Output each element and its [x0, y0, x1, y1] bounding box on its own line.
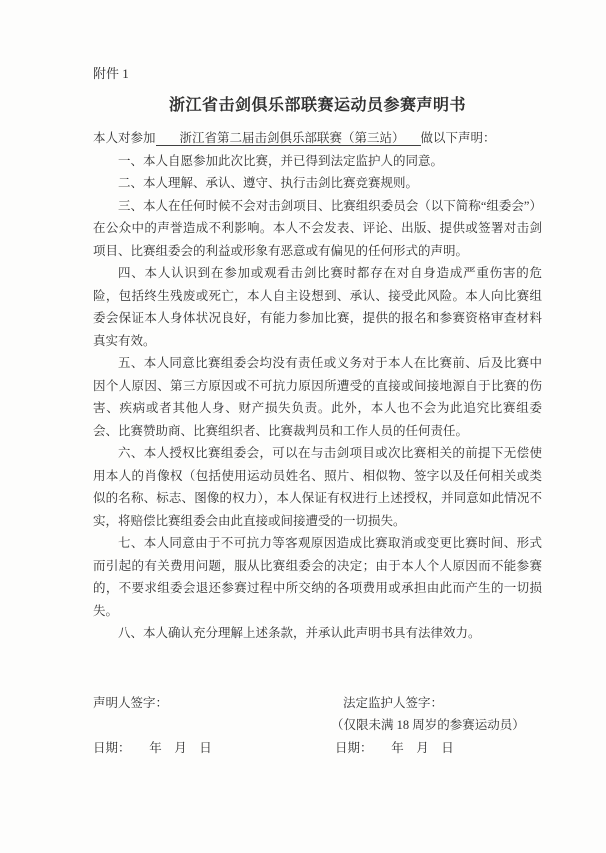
opening-suffix: 做以下声明：	[421, 131, 496, 145]
attachment-label: 附件 1	[93, 66, 542, 82]
clause-7: 七、本人同意由于不可抗力等客观原因造成比赛取消或变更比赛时间、形式而引起的有关费…	[93, 532, 542, 622]
opening-prefix: 本人对参加	[93, 131, 156, 145]
document-page: 附件 1 浙江省击剑俱乐部联赛运动员参赛声明书 本人对参加浙江省第二届击剑俱乐部…	[0, 0, 606, 853]
clause-8: 八、本人确认充分理解上述条款，并承认此声明书具有法律效力。	[93, 622, 542, 645]
opening-line: 本人对参加浙江省第二届击剑俱乐部联赛（第三站）做以下声明：	[93, 127, 542, 150]
clause-1: 一、本人自愿参加此次比赛，并已得到法定监护人的同意。	[93, 150, 542, 173]
guardian-signature-label: 法定监护人签字：	[343, 695, 443, 711]
document-title: 浙江省击剑俱乐部联赛运动员参赛声明书	[93, 96, 542, 116]
clause-5: 五、本人同意比赛组委会均没有责任或义务对于本人在比赛前、后及比赛中因个人原因、第…	[93, 352, 542, 442]
clause-6: 六、本人授权比赛组委会，可以在与击剑项目或次比赛相关的前提下无偿使用本人的肖像权…	[93, 442, 542, 532]
guardian-note: （仅限未满 18 周岁的参赛运动员）	[331, 717, 525, 733]
declarant-signature-label: 声明人签字：	[93, 695, 168, 711]
blank-filled-value: 浙江省第二届击剑俱乐部联赛（第三站）	[156, 131, 421, 146]
signature-block: 声明人签字： 法定监护人签字： （仅限未满 18 周岁的参赛运动员） 日期： 年…	[93, 695, 542, 825]
guardian-date-line: 日期： 年 月 日	[335, 740, 454, 756]
clause-2: 二、本人理解、承认、遵守、执行击剑比赛竞赛规则。	[93, 172, 542, 195]
clause-3: 三、本人在任何时候不会对击剑项目、比赛组织委员会（以下简称“组委会”）在公众中的…	[93, 195, 542, 263]
clause-4: 四、本人认识到在参加或观看击剑比赛时都存在对自身造成严重伤害的危险，包括终生残废…	[93, 262, 542, 352]
declarant-date-line: 日期： 年 月 日	[93, 740, 212, 756]
